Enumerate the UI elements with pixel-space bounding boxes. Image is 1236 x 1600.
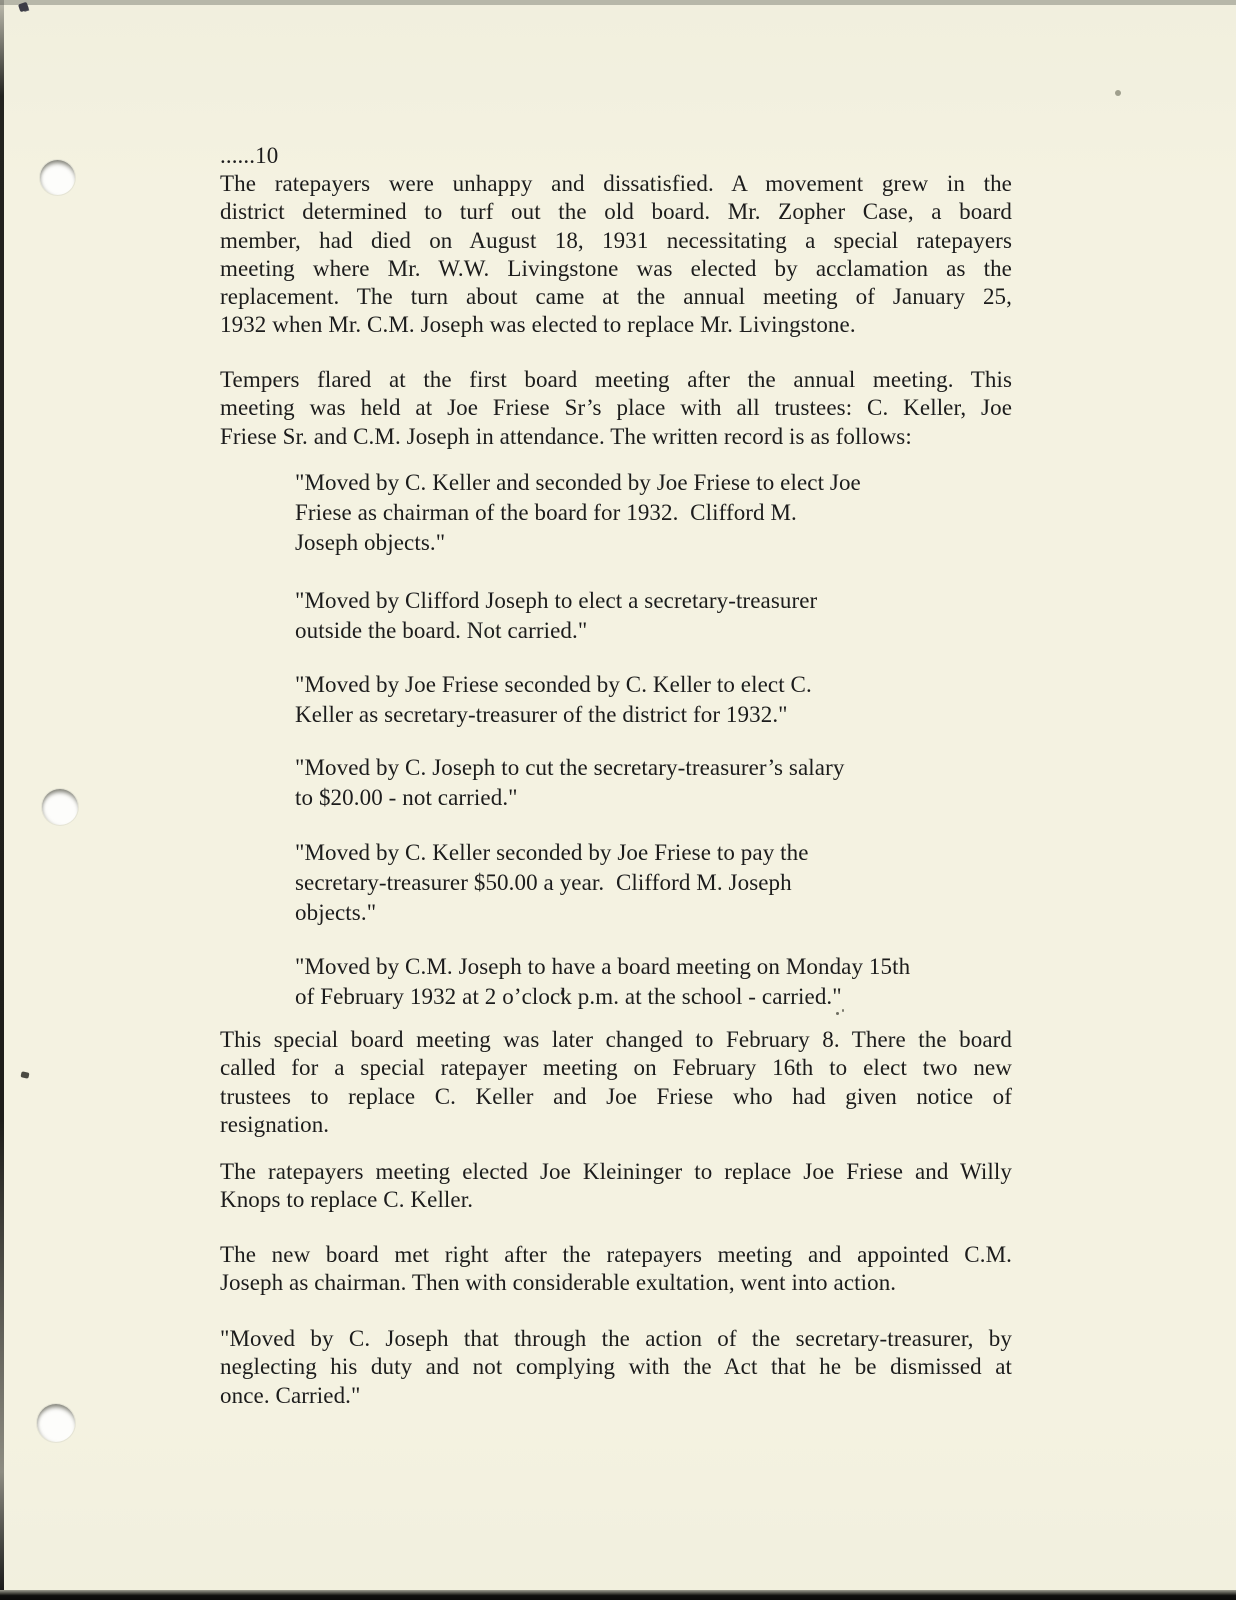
paragraph-dismissal-motion: "Moved by C. Joseph that through the act…: [220, 1325, 1012, 1410]
text-line: Joseph objects.": [295, 528, 1012, 558]
quote-pay-fifty: "Moved by C. Keller seconded by Joe Frie…: [295, 838, 1012, 928]
scan-speck: [836, 1012, 839, 1015]
text-line: meeting where Mr. W.W. Livingstone was e…: [220, 255, 1012, 283]
text-line: district determined to turf out the old …: [220, 198, 1012, 226]
text-line: once. Carried.": [220, 1382, 1012, 1410]
text-line: Friese as chairman of the board for 1932…: [295, 498, 1012, 528]
text-line: Keller as secretary-treasurer of the dis…: [295, 700, 1012, 730]
page-number: ......10: [220, 142, 1012, 170]
text-line: resignation.: [220, 1111, 1012, 1139]
scan-edge-bottom: [0, 1590, 1236, 1600]
quote-board-meeting-feb: "Moved by C.M. Joseph to have a board me…: [295, 952, 1012, 1012]
text-line: secretary-treasurer $50.00 a year. Cliff…: [295, 868, 1012, 898]
paragraph-new-board-met: The new board met right after the ratepa…: [220, 1241, 1012, 1298]
text-line: "Moved by C. Joseph to cut the secretary…: [295, 753, 1012, 783]
text-line: "Moved by C.M. Joseph to have a board me…: [295, 952, 1012, 982]
paragraph-tempers-flared: Tempers flared at the first board meetin…: [220, 366, 1012, 451]
text-line: Knops to replace C. Keller.: [220, 1186, 1012, 1214]
quote-elect-keller-secretary: "Moved by Joe Friese seconded by C. Kell…: [295, 670, 1012, 730]
scan-edge-left: [0, 0, 4, 1600]
text-line: 1932 when Mr. C.M. Joseph was elected to…: [220, 311, 1012, 339]
paragraph-ratepayers-unhappy: The ratepayers were unhappy and dissatis…: [220, 170, 1012, 340]
text-line: Friese Sr. and C.M. Joseph in attendance…: [220, 423, 1012, 451]
quote-secretary-outside-board: "Moved by Clifford Joseph to elect a sec…: [295, 586, 1012, 646]
text-line: "Moved by C. Keller and seconded by Joe …: [295, 468, 1012, 498]
text-line: outside the board. Not carried.": [295, 616, 1012, 646]
text-line: Joseph as chairman. Then with considerab…: [220, 1269, 1012, 1297]
text-line: This special board meeting was later cha…: [220, 1026, 1012, 1054]
paragraph-special-meeting-changed: This special board meeting was later cha…: [220, 1026, 1012, 1139]
text-line: replacement. The turn about came at the …: [220, 283, 1012, 311]
text-line: "Moved by C. Keller seconded by Joe Frie…: [295, 838, 1012, 868]
scan-speck: [20, 1071, 29, 1079]
text-line: trustees to replace C. Keller and Joe Fr…: [220, 1083, 1012, 1111]
text-line: "Moved by Joe Friese seconded by C. Kell…: [295, 670, 1012, 700]
text-line: meeting was held at Joe Friese Sr’s plac…: [220, 394, 1012, 422]
text-line: The new board met right after the ratepa…: [220, 1241, 1012, 1269]
text-line: objects.": [295, 898, 1012, 928]
text-line: "Moved by Clifford Joseph to elect a sec…: [295, 586, 1012, 616]
text-line: "Moved by C. Joseph that through the act…: [220, 1325, 1012, 1353]
text-line: called for a special ratepayer meeting o…: [220, 1054, 1012, 1082]
text-line: of February 1932 at 2 o’clock p.m. at th…: [295, 982, 1012, 1012]
quote-cut-salary: "Moved by C. Joseph to cut the secretary…: [295, 753, 1012, 813]
text-line: Tempers flared at the first board meetin…: [220, 366, 1012, 394]
text-line: neglecting his duty and not complying wi…: [220, 1353, 1012, 1381]
punch-hole-top: [40, 160, 75, 195]
scan-speck: [18, 2, 29, 12]
text-line: member, had died on August 18, 1931 nece…: [220, 227, 1012, 255]
punch-hole-bottom: [37, 1404, 75, 1442]
text-line: to $20.00 - not carried.": [295, 783, 1012, 813]
scan-edge-top: [0, 0, 1236, 5]
paragraph-ratepayers-elected: The ratepayers meeting elected Joe Klein…: [220, 1158, 1012, 1215]
text-line: The ratepayers were unhappy and dissatis…: [220, 170, 1012, 198]
quote-elect-chairman: "Moved by C. Keller and seconded by Joe …: [295, 468, 1012, 558]
punch-hole-middle: [42, 789, 78, 825]
scan-speck: [1115, 90, 1121, 96]
text-line: The ratepayers meeting elected Joe Klein…: [220, 1158, 1012, 1186]
